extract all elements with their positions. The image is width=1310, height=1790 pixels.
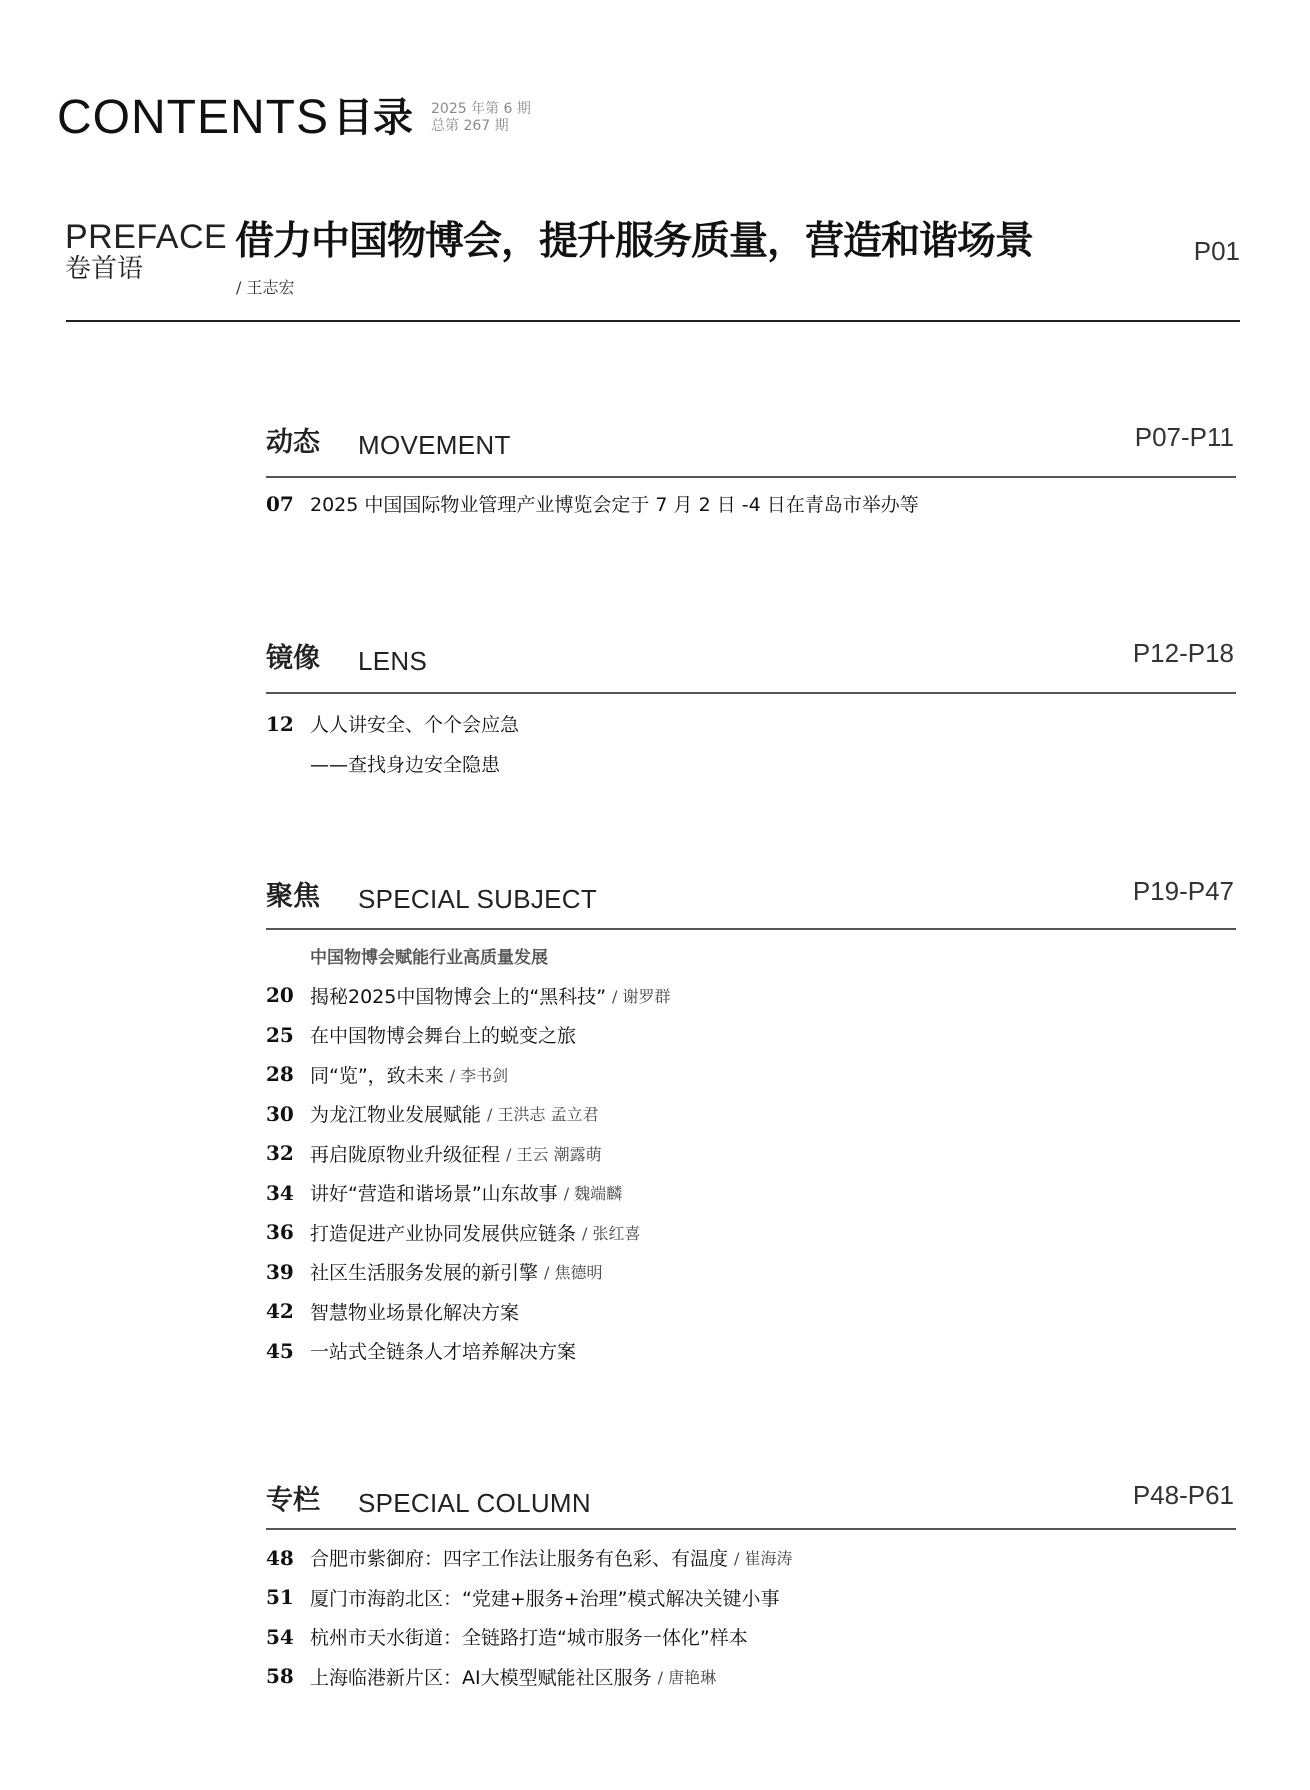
section-header: 动态 MOVEMENT P07-P11 (266, 422, 1236, 466)
entry-author: / 焦德明 (544, 1260, 602, 1283)
contents-title-en: CONTENTS (57, 94, 329, 142)
entry-author: / 王洪志 孟立君 (487, 1102, 599, 1125)
section-title-cn: 聚焦 (266, 883, 320, 910)
toc-entry[interactable]: 25 在中国物博会舞台上的蜕变之旅 (266, 1015, 1236, 1055)
entry-page-number: 51 (266, 1585, 310, 1609)
entry-title: 讲好“营造和谐场景”山东故事 (310, 1179, 558, 1206)
section-title-en: SPECIAL SUBJECT (358, 886, 597, 912)
toc-entry[interactable]: 42 智慧物业场景化解决方案 (266, 1292, 1236, 1332)
section-title-en: SPECIAL COLUMN (358, 1490, 591, 1516)
entry-title: 为龙江物业发展赋能 (310, 1100, 481, 1127)
entry-author: / 谢罗群 (612, 984, 670, 1007)
toc-entry[interactable]: 51 厦门市海韵北区：“党建+服务+治理”模式解决关键小事 (266, 1578, 1236, 1618)
entry-page-number: 12 (266, 712, 310, 736)
section-lens: 镜像 LENS P12-P18 12 人人讲安全、个个会应急 ——查找身边安全隐… (266, 638, 1236, 783)
section-special-column: 专栏 SPECIAL COLUMN P48-P61 48 合肥市紫御府：四字工作… (266, 1480, 1236, 1696)
entry-page-number: 28 (266, 1062, 310, 1086)
section-title-cn: 专栏 (266, 1487, 320, 1514)
section-title-en: LENS (358, 648, 427, 674)
entry-title: 人人讲安全、个个会应急 (310, 710, 519, 737)
entry-author: / 唐艳琳 (658, 1665, 716, 1688)
entry-title: 在中国物博会舞台上的蜕变之旅 (310, 1021, 576, 1048)
toc-entry-subtitle: ——查找身边安全隐患 (266, 744, 1236, 784)
entry-page-number: 48 (266, 1546, 310, 1570)
section-subheading: 中国物博会赋能行业高质量发展 (266, 936, 1236, 976)
entry-page-number: 54 (266, 1625, 310, 1649)
divider (266, 692, 1236, 694)
toc-entry[interactable]: 12 人人讲安全、个个会应急 (266, 704, 1236, 744)
entry-title: 社区生活服务发展的新引擎 (310, 1258, 538, 1285)
section-page-range: P19-P47 (1133, 878, 1234, 904)
toc-entry[interactable]: 30 为龙江物业发展赋能 / 王洪志 孟立君 (266, 1094, 1236, 1134)
entry-author: / 崔海涛 (734, 1546, 792, 1569)
entry-page-number: 34 (266, 1181, 310, 1205)
entry-title: 杭州市天水街道：全链路打造“城市服务一体化”样本 (310, 1623, 748, 1650)
preface-label-en: PREFACE (65, 220, 227, 254)
entry-page-number: 25 (266, 1023, 310, 1047)
entry-page-number: 39 (266, 1260, 310, 1284)
entry-page-number: 45 (266, 1339, 310, 1363)
section-header: 镜像 LENS P12-P18 (266, 638, 1236, 682)
divider (266, 476, 1236, 478)
entry-page-number: 07 (266, 492, 310, 516)
toc-entry[interactable]: 39 社区生活服务发展的新引擎 / 焦德明 (266, 1252, 1236, 1292)
divider (266, 1528, 1236, 1530)
entry-page-number: 36 (266, 1220, 310, 1244)
entry-title: 打造促进产业协同发展供应链条 (310, 1219, 576, 1246)
preface-page: P01 (1180, 236, 1240, 267)
section-page-range: P07-P11 (1135, 424, 1234, 450)
masthead: CONTENTS 目录 2025 年第 6 期 总第 267 期 (57, 88, 531, 148)
section-header: 聚焦 SPECIAL SUBJECT P19-P47 (266, 876, 1236, 920)
entry-page-number: 32 (266, 1141, 310, 1165)
entry-author: / 李书剑 (450, 1063, 508, 1086)
entry-title: 智慧物业场景化解决方案 (310, 1298, 519, 1325)
section-movement: 动态 MOVEMENT P07-P11 07 2025 中国国际物业管理产业博览… (266, 422, 1236, 524)
entry-title: 合肥市紫御府：四字工作法让服务有色彩、有温度 (310, 1544, 728, 1571)
issue-info: 2025 年第 6 期 总第 267 期 (431, 101, 531, 135)
section-title-cn: 镜像 (266, 645, 320, 672)
entry-title: 上海临港新片区：AI大模型赋能社区服务 (310, 1663, 652, 1690)
entry-title: 厦门市海韵北区：“党建+服务+治理”模式解决关键小事 (310, 1584, 780, 1611)
toc-entry[interactable]: 54 杭州市天水街道：全链路打造“城市服务一体化”样本 (266, 1617, 1236, 1657)
contents-title-cn: 目录 (333, 98, 413, 138)
entry-author: / 张红喜 (582, 1221, 640, 1244)
entry-page-number: 30 (266, 1102, 310, 1126)
section-special-subject: 聚焦 SPECIAL SUBJECT P19-P47 中国物博会赋能行业高质量发… (266, 876, 1236, 1371)
divider (66, 320, 1240, 322)
toc-entry[interactable]: 48 合肥市紫御府：四字工作法让服务有色彩、有温度 / 崔海涛 (266, 1538, 1236, 1578)
preface-author: / 王志宏 (236, 275, 294, 298)
entry-subtitle: ——查找身边安全隐患 (266, 750, 500, 777)
toc-entry[interactable]: 32 再启陇原物业升级征程 / 王云 潮露萌 (266, 1134, 1236, 1174)
toc-entry[interactable]: 45 一站式全链条人才培养解决方案 (266, 1331, 1236, 1371)
entry-page-number: 42 (266, 1299, 310, 1323)
issue-number: 2025 年第 6 期 (431, 101, 531, 118)
preface-title[interactable]: 借力中国物博会，提升服务质量，营造和谐场景 (235, 218, 1033, 266)
issue-total: 总第 267 期 (431, 118, 531, 135)
entry-title: 2025 中国国际物业管理产业博览会定于 7 月 2 日 -4 日在青岛市举办等 (310, 490, 919, 517)
toc-entry[interactable]: 07 2025 中国国际物业管理产业博览会定于 7 月 2 日 -4 日在青岛市… (266, 484, 1236, 524)
section-title-en: MOVEMENT (358, 432, 511, 458)
entry-author: / 王云 潮露萌 (506, 1142, 602, 1165)
entry-page-number: 58 (266, 1664, 310, 1688)
preface-label-cn: 卷首语 (65, 254, 227, 284)
toc-entry[interactable]: 58 上海临港新片区：AI大模型赋能社区服务 / 唐艳琳 (266, 1657, 1236, 1697)
divider (266, 928, 1236, 930)
toc-entry[interactable]: 20 揭秘2025中国物博会上的“黑科技” / 谢罗群 (266, 976, 1236, 1016)
entry-title: 一站式全链条人才培养解决方案 (310, 1337, 576, 1364)
section-page-range: P12-P18 (1133, 640, 1234, 666)
entry-author: / 魏端麟 (564, 1181, 622, 1204)
section-header: 专栏 SPECIAL COLUMN P48-P61 (266, 1480, 1236, 1524)
section-title-cn: 动态 (266, 429, 320, 456)
toc-entry[interactable]: 34 讲好“营造和谐场景”山东故事 / 魏端麟 (266, 1173, 1236, 1213)
entry-page-number: 20 (266, 983, 310, 1007)
section-page-range: P48-P61 (1133, 1482, 1234, 1508)
entry-title: 揭秘2025中国物博会上的“黑科技” (310, 982, 606, 1009)
entry-title: 同“览”，致未来 (310, 1061, 444, 1088)
preface-label: PREFACE 卷首语 (65, 220, 227, 284)
toc-entry[interactable]: 36 打造促进产业协同发展供应链条 / 张红喜 (266, 1213, 1236, 1253)
entry-title: 再启陇原物业升级征程 (310, 1140, 500, 1167)
toc-entry[interactable]: 28 同“览”，致未来 / 李书剑 (266, 1055, 1236, 1095)
